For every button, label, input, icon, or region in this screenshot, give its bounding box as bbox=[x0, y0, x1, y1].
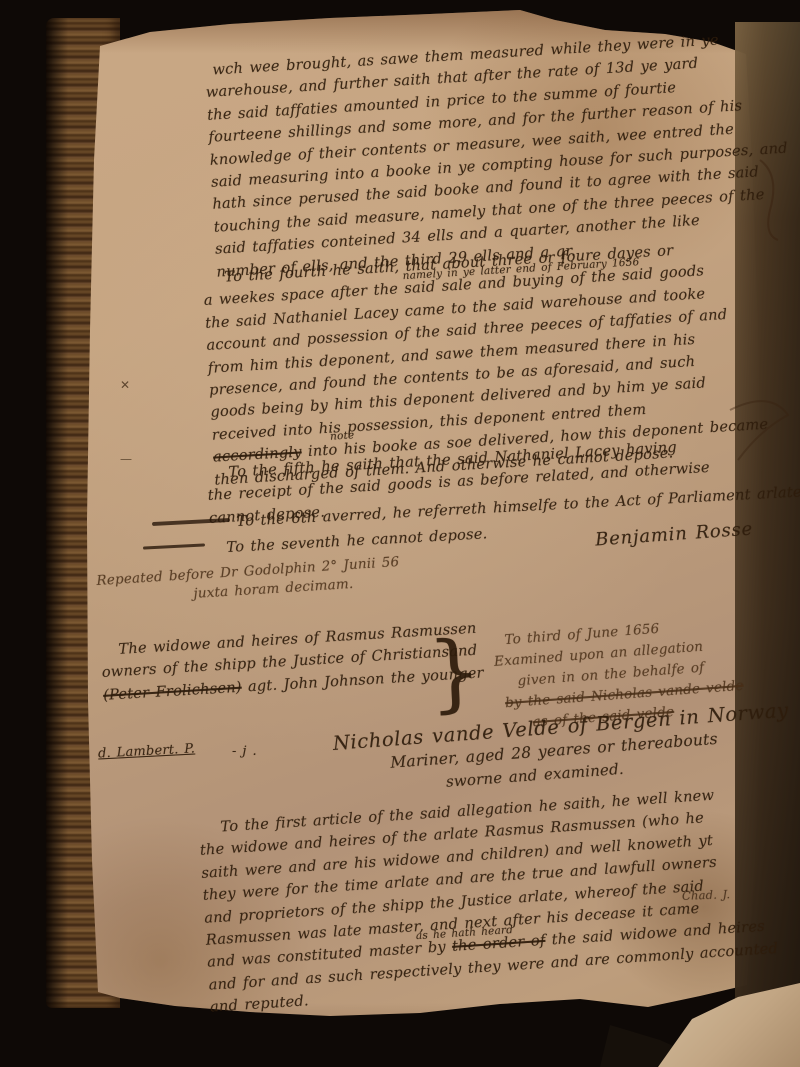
margin-cross-mark: — bbox=[120, 452, 132, 466]
manuscript-photo: wch wee brought, as sawe them measured w… bbox=[0, 0, 800, 1067]
case-brace: } bbox=[426, 629, 484, 716]
margin-numeral: - j . bbox=[232, 744, 257, 759]
interlined-note: note bbox=[330, 429, 355, 442]
adjacent-page-note: Chad. J. bbox=[682, 887, 731, 903]
margin-cross-mark: ✕ bbox=[120, 378, 130, 392]
